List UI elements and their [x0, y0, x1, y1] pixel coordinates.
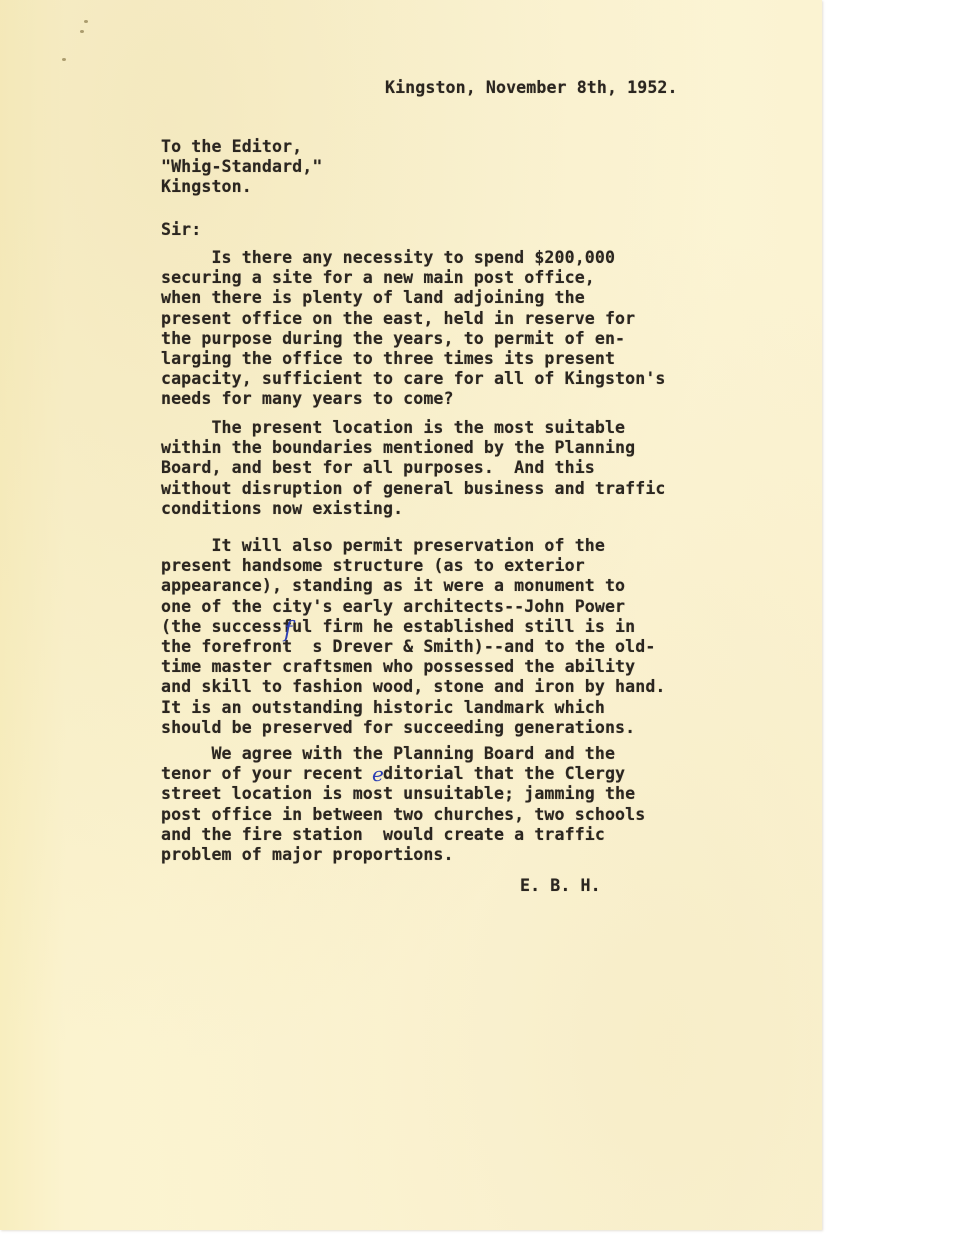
text-line: and skill to fashion wood, stone and iro…: [161, 677, 666, 697]
letter-page: Kingston, November 8th, 1952. To the Edi…: [0, 0, 822, 1230]
text-line: without disruption of general business a…: [161, 479, 666, 499]
paragraph-1: Is there any necessity to spend $200,000…: [161, 248, 666, 410]
text-line: and the fire station would create a traf…: [161, 825, 645, 845]
text-line: larging the office to three times its pr…: [161, 349, 666, 369]
recipient-line: To the Editor,: [161, 137, 322, 157]
recipient-line: "Whig-Standard,": [161, 157, 322, 177]
text-line: The present location is the most suitabl…: [161, 418, 666, 438]
text-line: within the boundaries mentioned by the P…: [161, 438, 666, 458]
text-line: problem of major proportions.: [161, 845, 645, 865]
text-line: conditions now existing.: [161, 499, 666, 519]
text-line: It will also permit preservation of the: [161, 536, 666, 556]
recipient-line: Kingston.: [161, 177, 322, 197]
text-line: securing a site for a new main post offi…: [161, 268, 666, 288]
text-line: tenor of your recent ditorial that the C…: [161, 764, 645, 784]
handwritten-correction-e: e: [372, 762, 384, 786]
text-line: should be preserved for succeeding gener…: [161, 718, 666, 738]
salutation: Sir:: [161, 220, 201, 240]
text-line: the purpose during the years, to permit …: [161, 329, 666, 349]
text-line: It is an outstanding historic landmark w…: [161, 698, 666, 718]
text-line: (the successful firm he established stil…: [161, 617, 666, 637]
paper-speck: [62, 58, 66, 61]
dateline: Kingston, November 8th, 1952.: [385, 78, 678, 98]
text-line: the forefront s Drever & Smith)--and to …: [161, 637, 666, 657]
paper-speck: [80, 30, 84, 33]
paragraph-4: We agree with the Planning Board and the…: [161, 744, 645, 865]
paper-speck: [84, 20, 88, 23]
text-line: Is there any necessity to spend $200,000: [161, 248, 666, 268]
text-line: street location is most unsuitable; jamm…: [161, 784, 645, 804]
text-line: needs for many years to come?: [161, 389, 666, 409]
text-line: present office on the east, held in rese…: [161, 309, 666, 329]
text-line: one of the city's early architects--John…: [161, 597, 666, 617]
signature-initials: E. B. H.: [520, 876, 601, 896]
paragraph-3: It will also permit preservation of thep…: [161, 536, 666, 738]
text-line: when there is plenty of land adjoining t…: [161, 288, 666, 308]
handwritten-correction-f: f: [284, 618, 292, 643]
text-line: appearance), standing as it were a monum…: [161, 576, 666, 596]
text-line: capacity, sufficient to care for all of …: [161, 369, 666, 389]
recipient-address: To the Editor,"Whig-Standard,"Kingston.: [161, 137, 322, 198]
text-line: present handsome structure (as to exteri…: [161, 556, 666, 576]
paragraph-2: The present location is the most suitabl…: [161, 418, 666, 519]
text-line: Board, and best for all purposes. And th…: [161, 458, 666, 478]
text-line: We agree with the Planning Board and the: [161, 744, 645, 764]
text-line: post office in between two churches, two…: [161, 805, 645, 825]
text-line: time master craftsmen who possessed the …: [161, 657, 666, 677]
